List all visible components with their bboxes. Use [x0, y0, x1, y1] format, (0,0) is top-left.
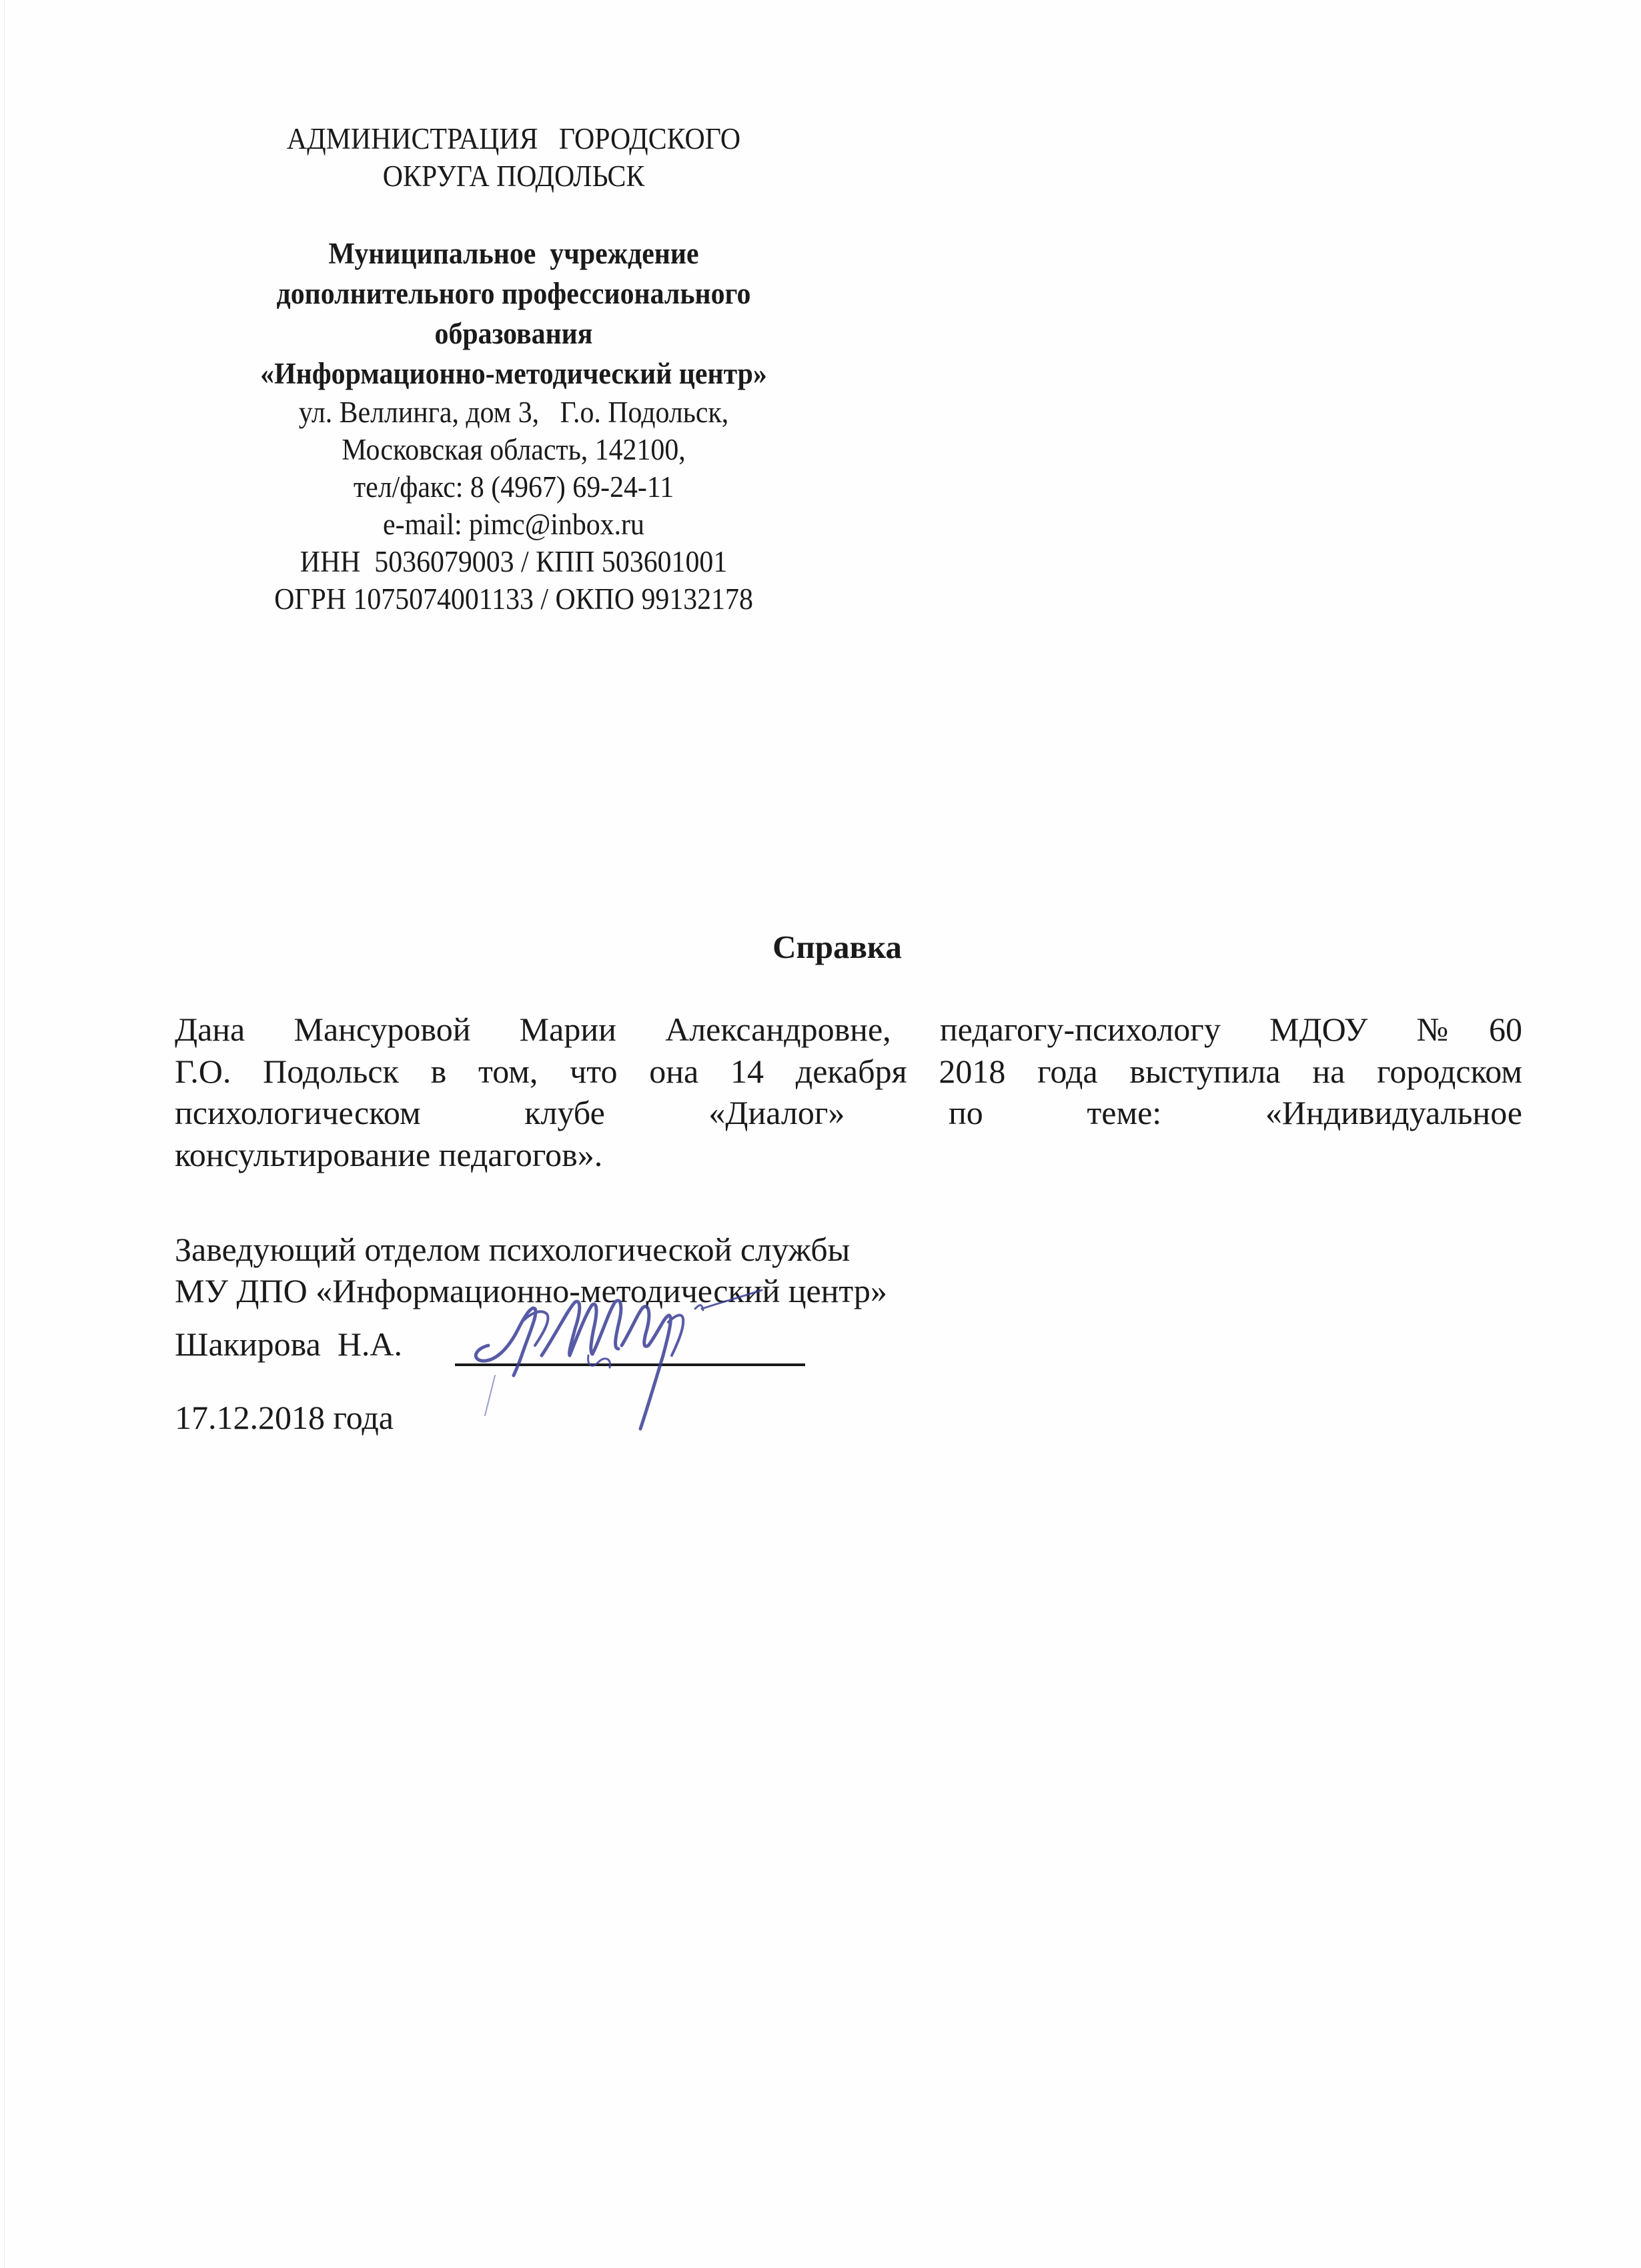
letterhead-line-ogrn-okpo: ОГРН 1075074001133 / ОКПО 99132178 [222, 580, 805, 618]
body-line-3: психологическом клубе «Диалог» по теме: … [175, 1092, 1522, 1134]
letterhead-line-center-name: «Информационно-методический центр» [222, 354, 805, 394]
handwritten-signature-icon [468, 1282, 815, 1436]
letterhead-line-institution: Муниципальное учреждение [222, 233, 805, 273]
letterhead-line-district: ОКРУГА ПОДОЛЬСК [222, 157, 805, 195]
letterhead-line-address: ул. Веллинга, дом 3, Г.о. Подольск, [222, 394, 805, 431]
body-line-1: Дана Мансуровой Марии Александровне, пед… [175, 1009, 1522, 1051]
letterhead-line-inn-kpp: ИНН 5036079003 / КПП 503601001 [222, 543, 805, 580]
signer-row: Шакирова Н.А. [175, 1323, 1175, 1377]
letterhead-line-institution-2: дополнительного профессионального [222, 273, 805, 314]
document-page: АДМИНИСТРАЦИЯ ГОРОДСКОГО ОКРУГА ПОДОЛЬСК… [0, 0, 1641, 2268]
certificate-body: Дана Мансуровой Марии Александровне, пед… [175, 1009, 1522, 1175]
letterhead-line-email: e-mail: pimc@inbox.ru [222, 506, 805, 543]
signer-position: Заведующий отделом психологической служб… [175, 1229, 1175, 1270]
signer-name: Шакирова Н.А. [175, 1323, 402, 1365]
letterhead: АДМИНИСТРАЦИЯ ГОРОДСКОГО ОКРУГА ПОДОЛЬСК… [200, 120, 827, 618]
letterhead-line-phone: тел/факс: 8 (4967) 69-24-11 [222, 468, 805, 506]
body-line-4: консультирование педагогов». [175, 1134, 1522, 1176]
letterhead-line-admin: АДМИНИСТРАЦИЯ ГОРОДСКОГО [222, 120, 805, 157]
signature-block: Заведующий отделом психологической служб… [175, 1229, 1175, 1438]
document-title: Справка [0, 927, 1641, 967]
scan-edge [4, 0, 5, 2268]
letterhead-line-region: Московская область, 142100, [222, 431, 805, 468]
letterhead-line-institution-3: образования [222, 314, 805, 354]
body-line-2: Г.О. Подольск в том, что она 14 декабря … [175, 1051, 1522, 1093]
